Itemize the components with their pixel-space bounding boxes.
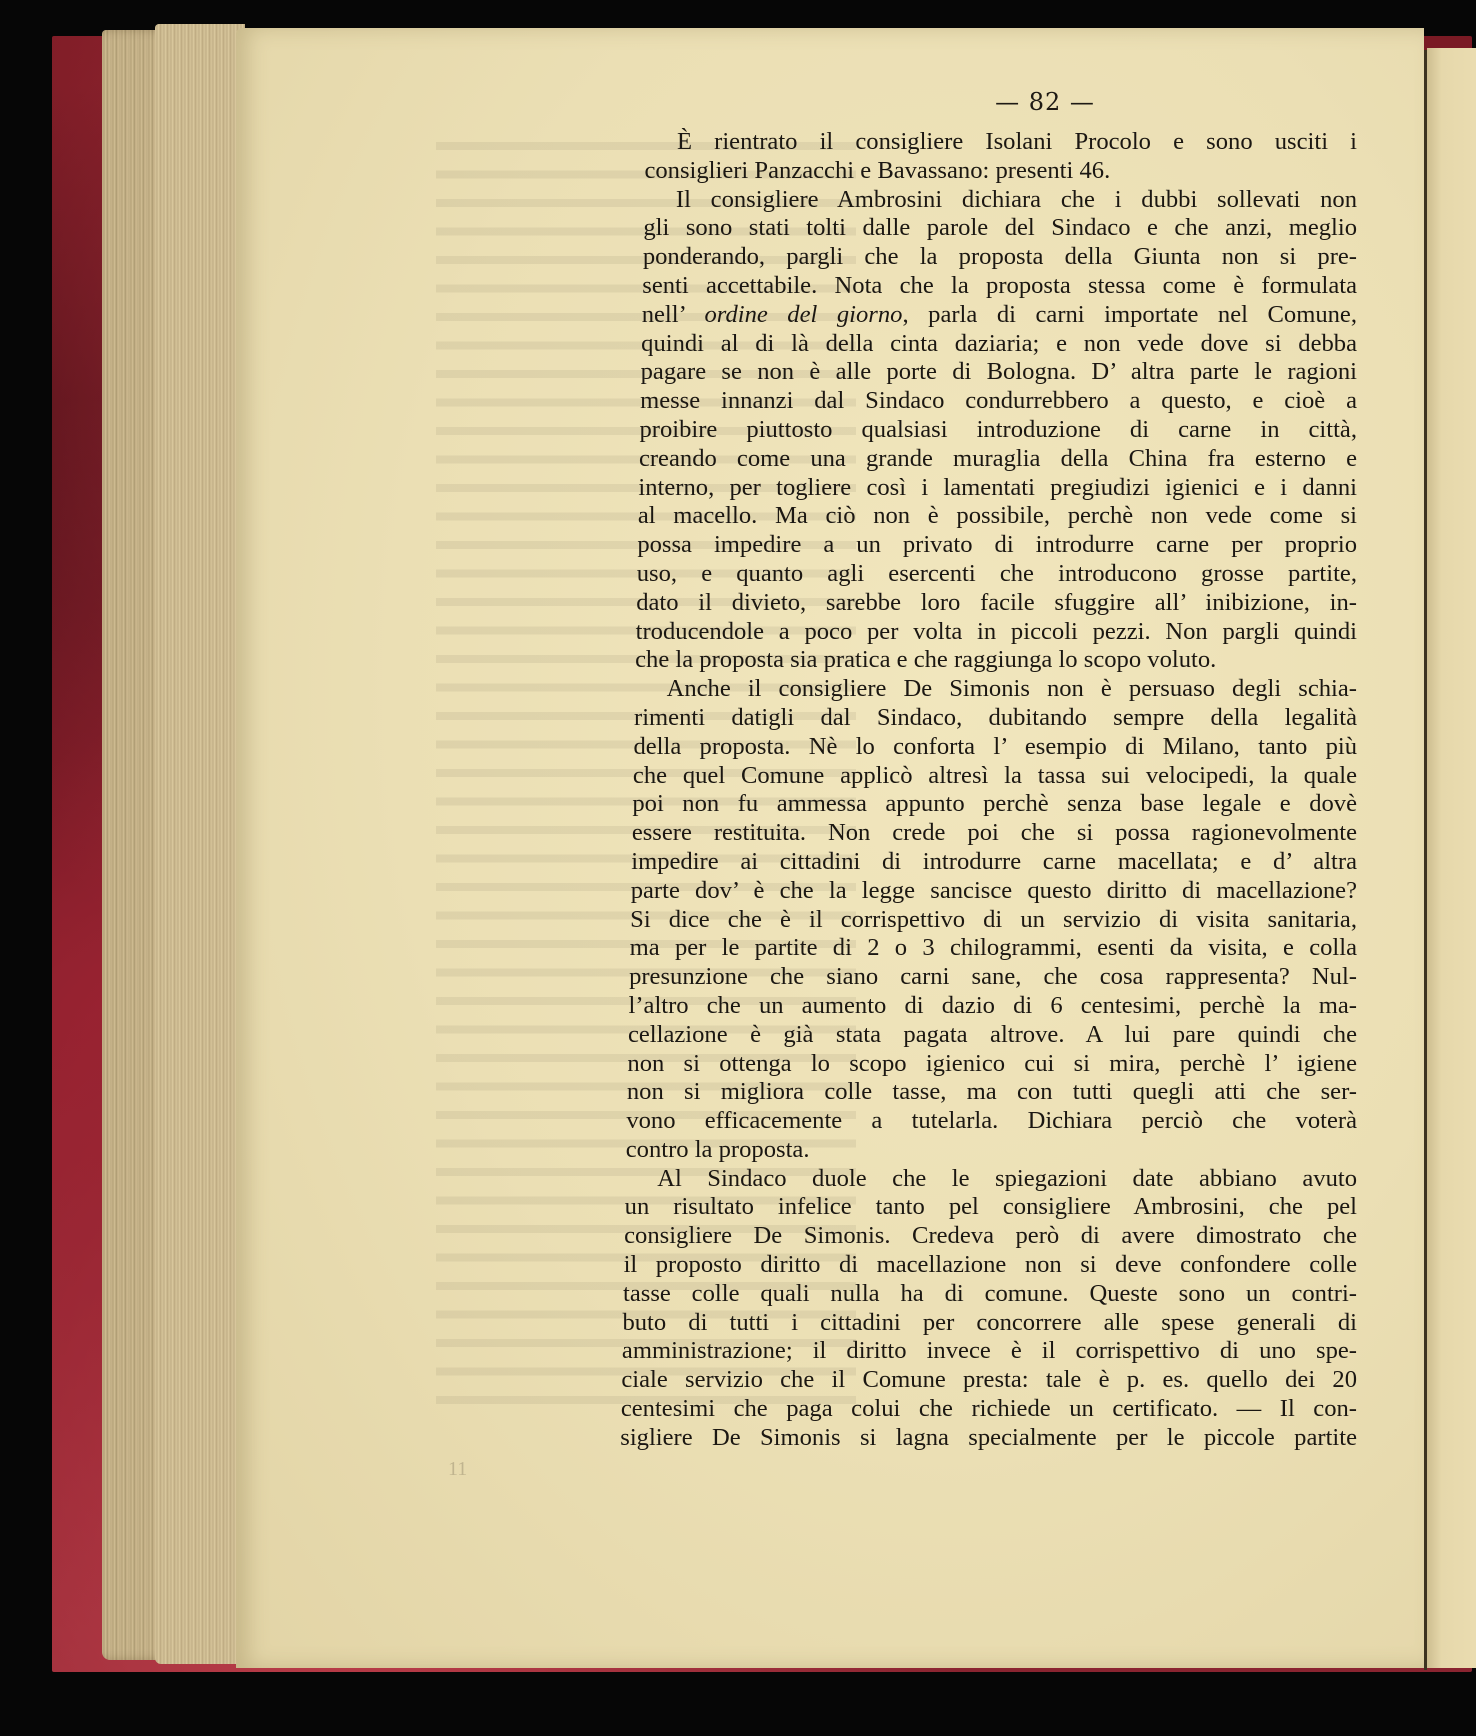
paragraph: Anche il consigliere De Simonis non è pe…	[645, 675, 1357, 1165]
paragraph: Il consigliere Ambrosini dichiara che i …	[645, 186, 1357, 676]
page-header: — 82 —	[236, 88, 1424, 116]
text-line: quindi al di là della cinta daziaria; e …	[641, 330, 1357, 359]
text-line: contro la proposta.	[626, 1136, 1357, 1165]
text-line: È rientrato il consigliere Isolani Proco…	[645, 128, 1357, 157]
text-line: ponderando, pargli che la proposta della…	[643, 243, 1357, 272]
text-line: l’altro che un aumento di dazio di 6 cen…	[629, 992, 1358, 1021]
page-block-edges-inner	[155, 24, 245, 1664]
text-line: proibire piuttosto qualsiasi introduzion…	[640, 416, 1358, 445]
text-line: consigliere De Simonis. Credeva però di …	[624, 1222, 1357, 1251]
text-line: poi non fu ammessa appunto perchè senza …	[632, 790, 1357, 819]
text-segment: nell’	[642, 301, 705, 328]
page-number: — 82 —	[995, 88, 1095, 116]
text-line: gli sono stati tolti dalle parole del Si…	[643, 214, 1357, 243]
text-line: della proposta. Nè lo conforta l’ esempi…	[633, 733, 1357, 762]
text-line: possa impedire a un privato di introdurr…	[637, 531, 1357, 560]
text-line: sigliere De Simonis si lagna specialment…	[620, 1424, 1357, 1453]
text-line: che quel Comune applicò altresì la tassa…	[633, 762, 1357, 791]
text-line: consiglieri Panzacchi e Bavassano: prese…	[644, 157, 1357, 186]
text-line: amministrazione; il diritto invece è il …	[622, 1337, 1357, 1366]
italic-phrase: ordine del giorno	[704, 301, 902, 328]
text-line: essere restituita. Non crede poi che si …	[632, 819, 1357, 848]
text-line: rimenti datigli dal Sindaco, dubitando s…	[634, 704, 1357, 733]
text-line: troducendole a poco per volta in piccoli…	[636, 618, 1357, 647]
text-line: vono efficacemente a tutelarla. Dichiara…	[626, 1107, 1357, 1136]
text-line: al macello. Ma ciò non è possibile, perc…	[638, 502, 1357, 531]
text-line: Al Sindaco duole che le spiegazioni date…	[625, 1165, 1357, 1194]
paragraph: È rientrato il consigliere Isolani Proco…	[645, 128, 1357, 186]
page-body-text: È rientrato il consigliere Isolani Proco…	[645, 128, 1357, 1453]
text-line: pagare se non è alle porte di Bologna. D…	[641, 358, 1357, 387]
text-line: uso, e quanto agli esercenti che introdu…	[637, 560, 1357, 589]
text-line: centesimi che paga colui che richiede un…	[621, 1395, 1357, 1424]
text-line: Si dice che è il corrispettivo di un ser…	[630, 906, 1357, 935]
text-line: parte dov’ è che la legge sancisce quest…	[631, 877, 1357, 906]
text-line: non si ottenga lo scopo igienico cui si …	[627, 1050, 1357, 1079]
text-segment: , parla di carni importate nel Comune,	[902, 301, 1357, 328]
text-line: dato il divieto, sarebbe loro facile sfu…	[636, 589, 1357, 618]
text-line: creando come una grande muraglia della C…	[639, 445, 1357, 474]
text-line: senti accettabile. Nota che la proposta …	[642, 272, 1357, 301]
text-line: tasse colle quali nulla ha di comune. Qu…	[623, 1280, 1357, 1309]
text-line: presunzione che siano carni sane, che co…	[629, 963, 1357, 992]
text-line: che la proposta sia pratica e che raggiu…	[635, 646, 1357, 675]
show-through-signature: 11	[448, 1458, 467, 1481]
facing-page-edge	[1427, 48, 1476, 1668]
text-line: ciale servizio che il Comune presta: tal…	[621, 1366, 1357, 1395]
text-line: Anche il consigliere De Simonis non è pe…	[635, 675, 1357, 704]
text-line: Il consigliere Ambrosini dichiara che i …	[644, 186, 1357, 215]
paragraph: Al Sindaco duole che le spiegazioni date…	[645, 1165, 1357, 1453]
text-line: un risultato infelice tanto pel consigli…	[625, 1193, 1357, 1222]
text-line: cellazione è già stata pagata altrove. A…	[628, 1021, 1357, 1050]
text-line: buto di tutti i cittadini per concorrere…	[622, 1309, 1357, 1338]
text-line: il proposto diritto di macellazione non …	[624, 1251, 1357, 1280]
text-line: ma per le partite di 2 o 3 chilogrammi, …	[630, 934, 1357, 963]
text-line: nell’ ordine del giorno, parla di carni …	[642, 301, 1357, 330]
text-line: non si migliora colle tasse, ma con tutt…	[627, 1078, 1357, 1107]
text-line: messe innanzi dal Sindaco condurrebbero …	[640, 387, 1357, 416]
book-scan: 11 — 82 — È rientrato il consigliere Iso…	[0, 0, 1476, 1736]
text-line: impedire ai cittadini di introdurre carn…	[631, 848, 1357, 877]
text-line: interno, per togliere così i lamentati p…	[638, 474, 1357, 503]
